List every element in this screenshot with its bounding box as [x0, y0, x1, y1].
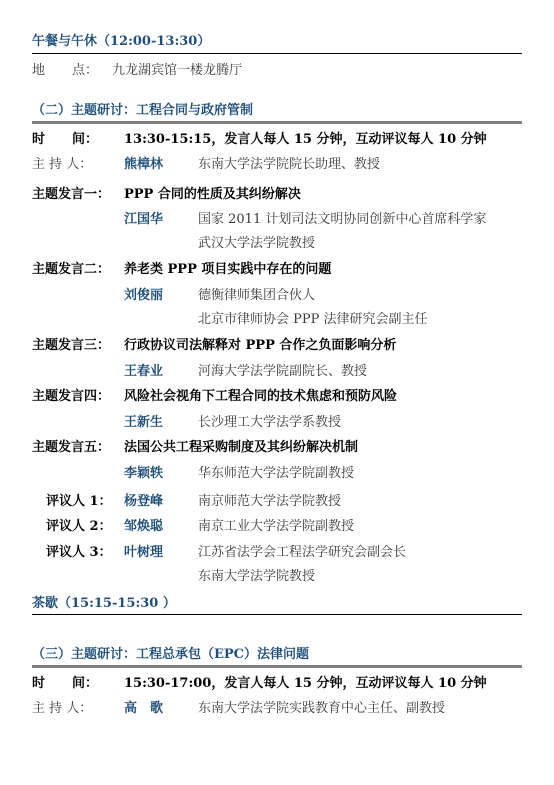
reviewer-label: 评议人 2： — [46, 519, 112, 535]
talk-topic: 法国公共工程采购制度及其纠纷解决机制 — [124, 440, 358, 456]
speaker-name: 王春业 — [124, 364, 163, 380]
host-title: 东南大学法学院实践教育中心主任、副教授 — [198, 701, 445, 717]
reviewer-affil: 南京师范大学法学院教授 — [198, 494, 341, 510]
speaker-affil: 武汉大学法学院教授 — [198, 236, 315, 252]
time-label-1: 时 — [32, 676, 45, 692]
speaker-name: 江国华 — [124, 212, 163, 228]
session2-time: 13:30-15:15，发言人每人 15 分钟，互动评议每人 10 分钟 — [124, 132, 487, 148]
tea-break-divider — [32, 614, 522, 615]
talk-topic: 养老类 PPP 项目实践中存在的问题 — [124, 262, 331, 278]
lunch-heading: 午餐与午休（12:00-13:30） — [32, 34, 210, 50]
reviewer-affil: 江苏省法学会工程法学研究会副会长 — [198, 545, 406, 561]
reviewer-affil: 南京工业大学法学院副教授 — [198, 519, 354, 535]
talk-label: 主题发言一： — [32, 187, 110, 203]
speaker-affil: 河海大学法学院副院长、教授 — [198, 364, 367, 380]
talk-label: 主题发言四： — [32, 389, 110, 405]
location-label-1: 地 — [32, 63, 45, 79]
session2-heading: （二）主题研讨：工程合同与政府管制 — [32, 103, 253, 119]
host-name: 高 歌 — [124, 701, 163, 717]
talk-topic: 风险社会视角下工程合同的技术焦虑和预防风险 — [124, 389, 397, 405]
session3-time: 15:30-17:00，发言人每人 15 分钟，互动评议每人 10 分钟 — [124, 676, 487, 692]
speaker-affil: 长沙理工大学法学系教授 — [198, 415, 341, 431]
time-label-1: 时 — [32, 132, 45, 148]
location-label-2: 点： — [72, 63, 98, 79]
talk-label: 主题发言三： — [32, 338, 110, 354]
talk-topic: PPP 合同的性质及其纠纷解决 — [124, 187, 301, 203]
time-label-2: 间： — [72, 132, 98, 148]
session3-heading: （三）主题研讨：工程总承包（EPC）法律问题 — [32, 647, 309, 663]
lunch-divider — [32, 53, 522, 54]
talk-label: 主题发言二： — [32, 262, 110, 278]
reviewer-label: 评议人 1： — [46, 494, 112, 510]
speaker-affil: 华东师范大学法学院副教授 — [198, 466, 354, 482]
reviewer-name: 邹焕聪 — [124, 519, 163, 535]
speaker-affil: 德衡律师集团合伙人 — [198, 288, 315, 304]
host-name: 熊樟林 — [124, 157, 163, 173]
speaker-affil: 国家 2011 计划司法文明协同创新中心首席科学家 — [198, 212, 486, 228]
reviewer-label: 评议人 3： — [46, 545, 112, 561]
session2-divider — [32, 121, 522, 124]
session3-divider — [32, 665, 522, 668]
reviewer-name: 杨登峰 — [124, 494, 163, 510]
reviewer-name: 叶树理 — [124, 545, 163, 561]
speaker-name: 李颖轶 — [124, 466, 163, 482]
speaker-affil: 北京市律师协会 PPP 法律研究会副主任 — [198, 312, 428, 328]
speaker-name: 王新生 — [124, 415, 163, 431]
talk-topic: 行政协议司法解释对 PPP 合作之负面影响分析 — [124, 338, 396, 354]
host-label: 主 持 人： — [32, 157, 92, 173]
talk-label: 主题发言五： — [32, 440, 110, 456]
location-value: 九龙湖宾馆一楼龙腾厅 — [112, 63, 242, 79]
time-label-2: 间： — [72, 676, 98, 692]
host-title: 东南大学法学院院长助理、教授 — [198, 157, 380, 173]
reviewer-affil: 东南大学法学院教授 — [198, 569, 315, 585]
host-label: 主 持 人： — [32, 701, 92, 717]
tea-break-heading: 茶歇（15:15-15:30 ） — [32, 596, 176, 612]
speaker-name: 刘俊丽 — [124, 288, 163, 304]
